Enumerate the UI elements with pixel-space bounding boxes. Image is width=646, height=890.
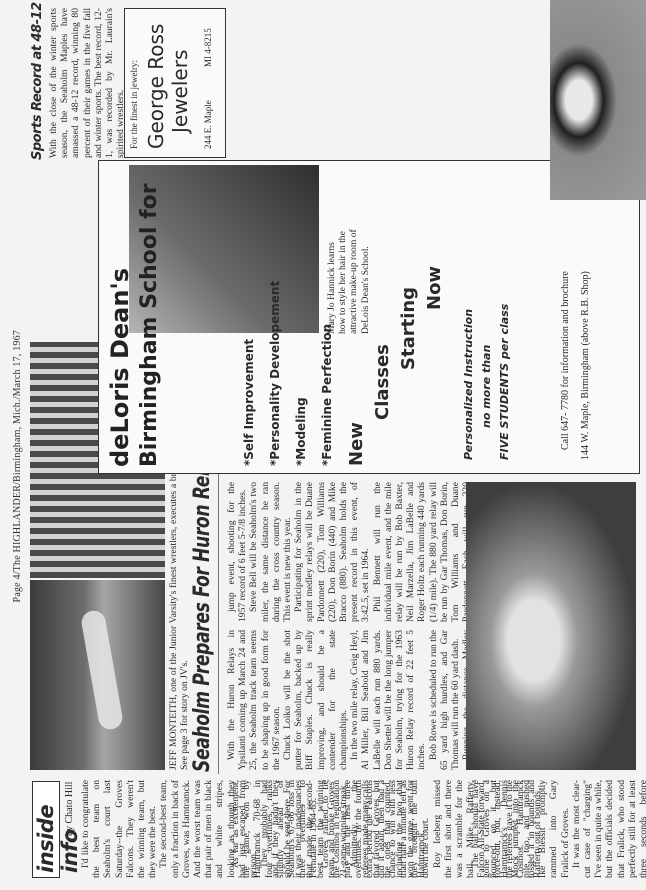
photo-detail [80, 609, 124, 731]
george-ross-tagline: For the finest in jewelry: [129, 60, 139, 149]
portrait-photo [550, 0, 646, 200]
george-ross-ad: For the finest in jewelry: George Ross J… [124, 8, 226, 158]
deloris-call-info: Call 647- 7780 for information and broch… [560, 271, 571, 450]
paragraph: Steve Bell will be Seaholm's two miler, … [248, 482, 293, 622]
paragraph: Bob Rowe is scheduled to run the 65 yard… [428, 630, 462, 770]
inside-info-column-3: The ball should have gone to Groves on a… [470, 780, 646, 878]
new-classes-word-2: Classes [372, 344, 393, 420]
paragraph: Chuck Loiko will be the shot putter for … [282, 630, 349, 770]
student-photo [466, 482, 636, 770]
newspaper-page: Page 4/The HIGHLANDER/Birmingham, Mich./… [0, 0, 646, 890]
paragraph: I'd like to congratulate the best team o… [80, 780, 158, 878]
george-ross-name-2: Jewelers [169, 50, 191, 133]
relays-headline: Seaholm Prepares For Huron Relays [190, 439, 215, 772]
inside-info-title-box: inside info [32, 781, 60, 878]
george-ross-address: 244 E. Maple [203, 100, 213, 149]
paragraph: The ball should have gone to Groves on a… [470, 780, 571, 878]
instruction-line-2: no more than [480, 345, 493, 428]
paragraph: jump event, shooting for the 1957 record… [226, 482, 248, 622]
deloris-address: 144 W. Maple, Birmingham (above R.B. Sho… [580, 271, 591, 460]
deloris-photo-caption: Mary Jo Hannick learns how to style her … [326, 224, 371, 334]
sports-record-headline: Sports Record at 48-12 [30, 2, 45, 160]
page-header-folio: Page 4/The HIGHLANDER/Birmingham, Mich./… [12, 330, 23, 602]
service-item: *Modeling [288, 166, 314, 466]
sports-record-body: With the close of the winter sports seas… [48, 8, 126, 158]
new-classes-word-4: Now [424, 266, 445, 310]
paragraph: With the Huron Relays in Ypsilanti comin… [226, 630, 282, 770]
instruction-line-1: Personalized Instruction [462, 309, 475, 460]
service-item: *Self Improvement [236, 166, 262, 466]
instruction-line-3: FIVE STUDENTS per class [498, 304, 511, 460]
service-item: *Personality Developement [262, 166, 288, 466]
paragraph: As far as excitement, the game, won by H… [230, 780, 320, 878]
paragraph: In the two mile relay, Creig Heyl, Al Mi… [349, 630, 427, 770]
paragraph: Groves rallied to tie the Cosmos in regu… [320, 780, 432, 878]
george-ross-name-1: George Ross [145, 24, 167, 149]
deloris-ad-title-2: Birmingham School for [137, 183, 163, 467]
paragraph: It was the most clear-cut case of "charg… [571, 780, 646, 878]
deloris-ad-title-1: deLoris Dean's [107, 268, 133, 467]
deloris-services-list: *Self Improvement *Personality Developem… [236, 166, 340, 466]
inside-info-byline: by Chato Hill [64, 782, 75, 836]
wrestling-photo [30, 580, 165, 770]
paragraph: Participating for Seaholm in the sprint … [293, 482, 371, 622]
new-classes-word-1: New [346, 422, 367, 466]
george-ross-phone: MI 4-8215 [203, 28, 213, 67]
new-classes-word-3: Starting [398, 287, 419, 370]
